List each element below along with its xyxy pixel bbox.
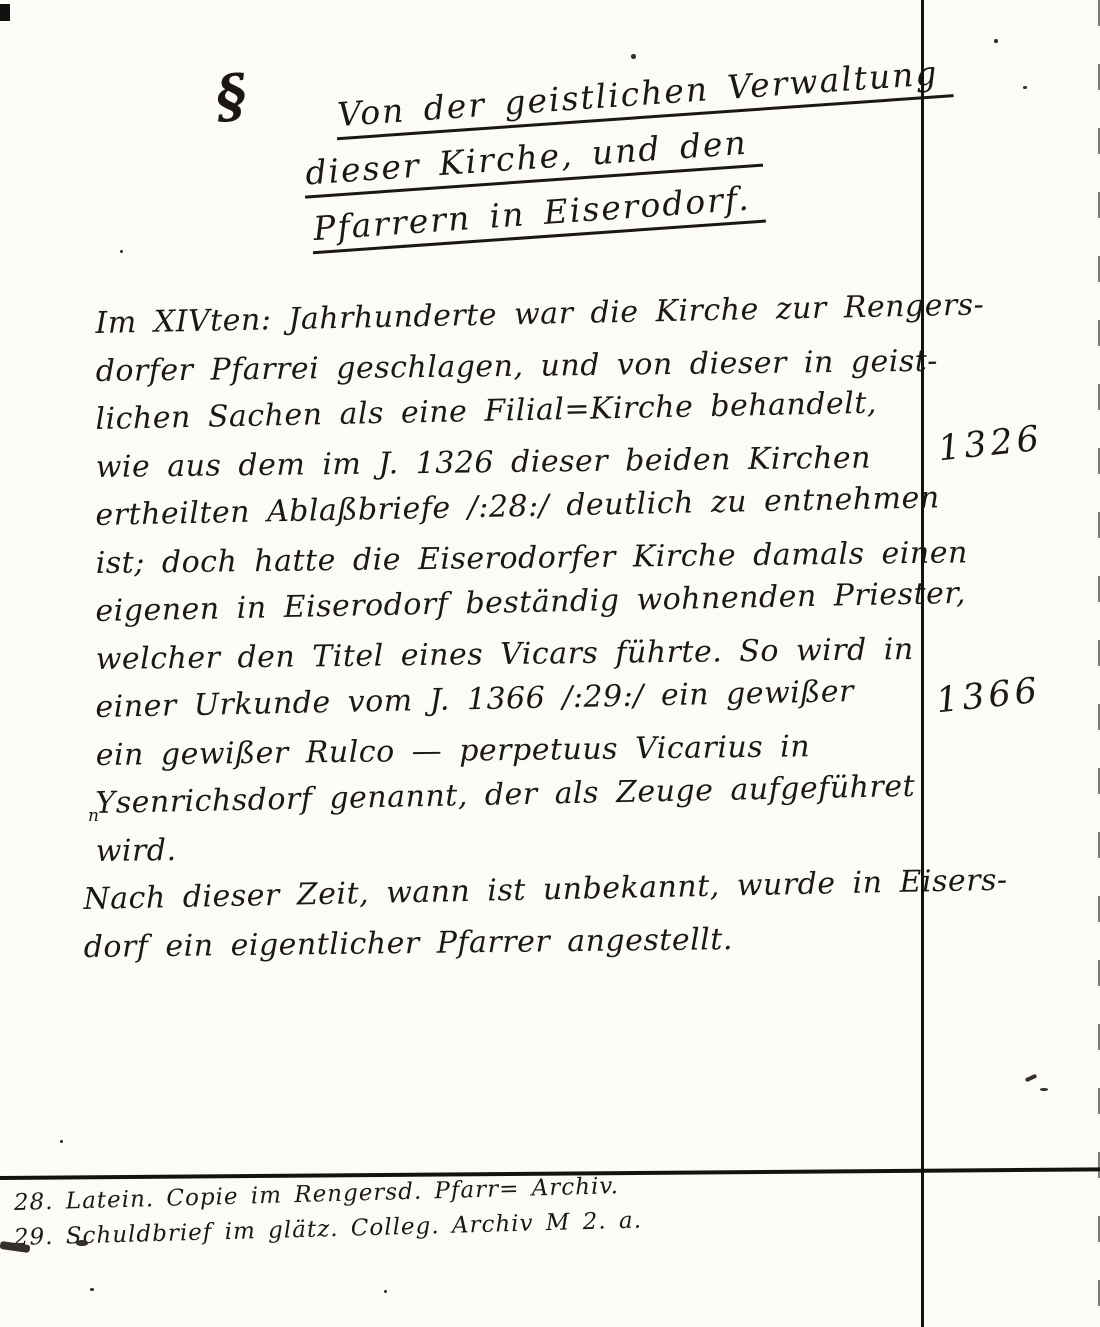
manuscript-page: § Von der geistlichen Verwaltung dieser … [0, 0, 1100, 1327]
noise-speck [90, 1288, 94, 1291]
body-paragraph: Im XIVten: Jahrhunderte war die Kirche z… [96, 300, 1008, 972]
noise-speck [631, 54, 636, 59]
noise-speck [120, 250, 123, 253]
noise-speck [1023, 86, 1027, 89]
ink-flourish [76, 1240, 88, 1246]
vertical-rule [921, 0, 924, 1327]
body-line: dorf ein eigentlicher Pfarrer angestellt… [83, 913, 1008, 972]
section-sign: § [213, 61, 249, 131]
noise-speck [384, 1290, 387, 1293]
noise-speck [1025, 1074, 1038, 1083]
noise-speck [1040, 1088, 1048, 1091]
noise-speck [994, 39, 998, 43]
noise-speck [60, 1140, 63, 1143]
scan-corner-mark [0, 4, 10, 21]
heading: Von der geistlichen Verwaltung dieser Ki… [296, 50, 962, 263]
footnotes: 28. Latein. Copie im Rengersd. Pfarr= Ar… [14, 1186, 642, 1256]
insertion-mark: n [88, 806, 99, 826]
